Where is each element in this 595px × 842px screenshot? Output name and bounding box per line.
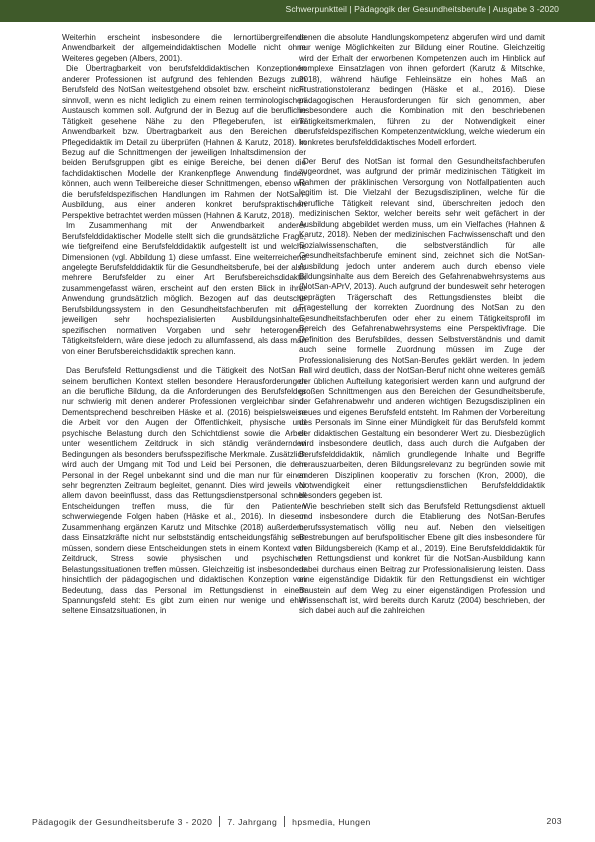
page-number: 203 (546, 816, 562, 826)
paragraph: Das Berufsfeld Rettungsdienst und die Tä… (62, 366, 306, 617)
paragraph: denen die absolute Handlungskompetenz ab… (299, 33, 545, 148)
right-text-column: denen die absolute Handlungskompetenz ab… (299, 33, 545, 617)
footer-divider (284, 816, 285, 827)
paragraph: Weiterhin erscheint insbesondere die ler… (62, 33, 306, 64)
paragraph: Im Zusammenhang mit der Anwendbarkeit an… (62, 221, 306, 357)
running-header-bar: Schwerpunktteil | Pädagogik der Gesundhe… (0, 0, 595, 22)
footer-publisher: hpsmedia, Hungen (292, 817, 371, 827)
footer-volume: 7. Jahrgang (227, 817, 277, 827)
paragraph: Die Übertragbarkeit von berufsfelddidakt… (62, 64, 306, 221)
footer-divider (219, 816, 220, 827)
paragraph: Der Beruf des NotSan ist formal den Gesu… (299, 157, 545, 502)
running-header-title: Schwerpunktteil | Pädagogik der Gesundhe… (286, 4, 559, 14)
left-text-column: Weiterhin erscheint insbesondere die ler… (62, 33, 306, 617)
paragraph: Wie beschrieben stellt sich das Berufsfe… (299, 502, 545, 617)
footer-journal: Pädagogik der Gesundheitsberufe 3 - 2020 (32, 817, 212, 827)
page-footer: Pädagogik der Gesundheitsberufe 3 - 2020… (32, 816, 562, 830)
